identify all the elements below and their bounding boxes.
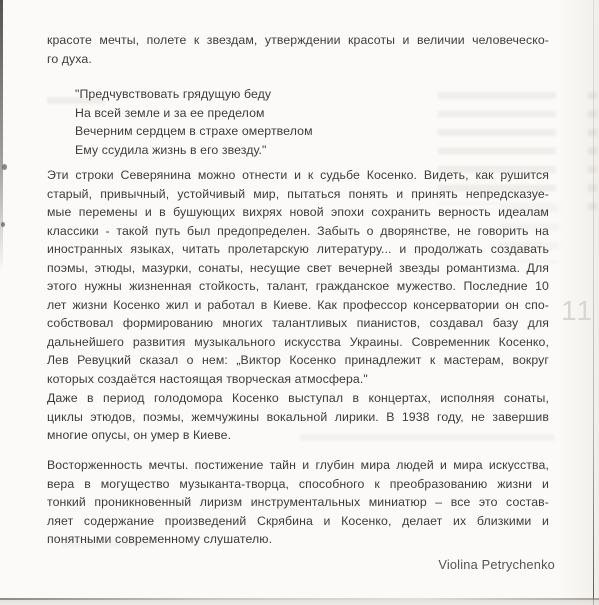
author-signature: Violina Petrychenko bbox=[47, 557, 555, 572]
text-line: этого нужны жизненная стойкость, талант,… bbox=[47, 277, 549, 296]
text-line: красоте мечты, полете к звездам, утвержд… bbox=[47, 31, 549, 50]
poem-quote-block: "Предчувствовать грядущую бедуНа всей зе… bbox=[75, 85, 525, 159]
text-line: Ему ссудила жизнь в его звезду." bbox=[75, 141, 525, 160]
scan-speck bbox=[1, 222, 5, 227]
closing-paragraph: Восторженность мечты. постижение тайн и … bbox=[47, 456, 549, 549]
text-line: вера в могущество музыканта-творца, спос… bbox=[47, 475, 549, 494]
text-line: тонкий проникновенный лиризм инструмента… bbox=[47, 493, 549, 512]
text-line: циклы этюдов, поэмы, жемчужины вокальной… bbox=[47, 408, 549, 427]
text-line: собствовал формированию многих талантлив… bbox=[47, 314, 549, 333]
kosenko-biography-paragraph: Эти строки Северянина можно отнести и к … bbox=[47, 166, 549, 389]
page-bottom-edge-band bbox=[0, 600, 599, 605]
text-line: Вечерним сердцем в страхе омертвелом bbox=[75, 122, 525, 141]
text-line: мые перемены и в бушующих вихрях новой э… bbox=[47, 203, 549, 222]
text-line: старый, привычный, устойчивый мир, пытат… bbox=[47, 185, 549, 204]
text-line: го духа. bbox=[47, 50, 549, 69]
text-line: ляет содержание произведений Скрябина и … bbox=[47, 512, 549, 531]
text-line: Эти строки Северянина можно отнести и к … bbox=[47, 166, 549, 185]
page-left-edge-shadow bbox=[0, 0, 3, 272]
page-right-edge-line bbox=[593, 0, 595, 605]
text-line: Восторженность мечты. постижение тайн и … bbox=[47, 456, 549, 475]
text-line: лет жизни Косенко жил и работал в Киеве.… bbox=[47, 296, 549, 315]
text-line: поэмы, этюды, мазурки, сонаты, несущие с… bbox=[47, 259, 549, 278]
page-number: 11 bbox=[561, 296, 594, 326]
text-line: дальнейшего развития музыкального искусс… bbox=[47, 333, 549, 352]
concerts-paragraph: Даже в период голодомора Косенко выступа… bbox=[47, 389, 549, 445]
text-line: "Предчувствовать грядущую беду bbox=[75, 85, 525, 104]
booklet-page: красоте мечты, полете к звездам, утвержд… bbox=[0, 0, 599, 605]
text-line: Лев Ревуцкий сказал о нем: „Виктор Косен… bbox=[47, 351, 549, 370]
text-line: классики - такой путь был предопределен.… bbox=[47, 222, 549, 241]
text-line: многие опусы, он умер в Киеве. bbox=[47, 426, 549, 445]
text-line: которых создаётся настоящая творческая а… bbox=[47, 370, 549, 389]
scan-speck bbox=[2, 164, 7, 170]
text-line: Даже в период голодомора Косенко выступа… bbox=[47, 389, 549, 408]
text-line: На всей земле и за ее пределом bbox=[75, 104, 525, 123]
text-line: иностранных языках, читать пролетарскую … bbox=[47, 240, 549, 259]
text-line: понятными современному слушателю. bbox=[47, 530, 549, 549]
intro-paragraph: красоте мечты, полете к звездам, утвержд… bbox=[47, 31, 549, 68]
